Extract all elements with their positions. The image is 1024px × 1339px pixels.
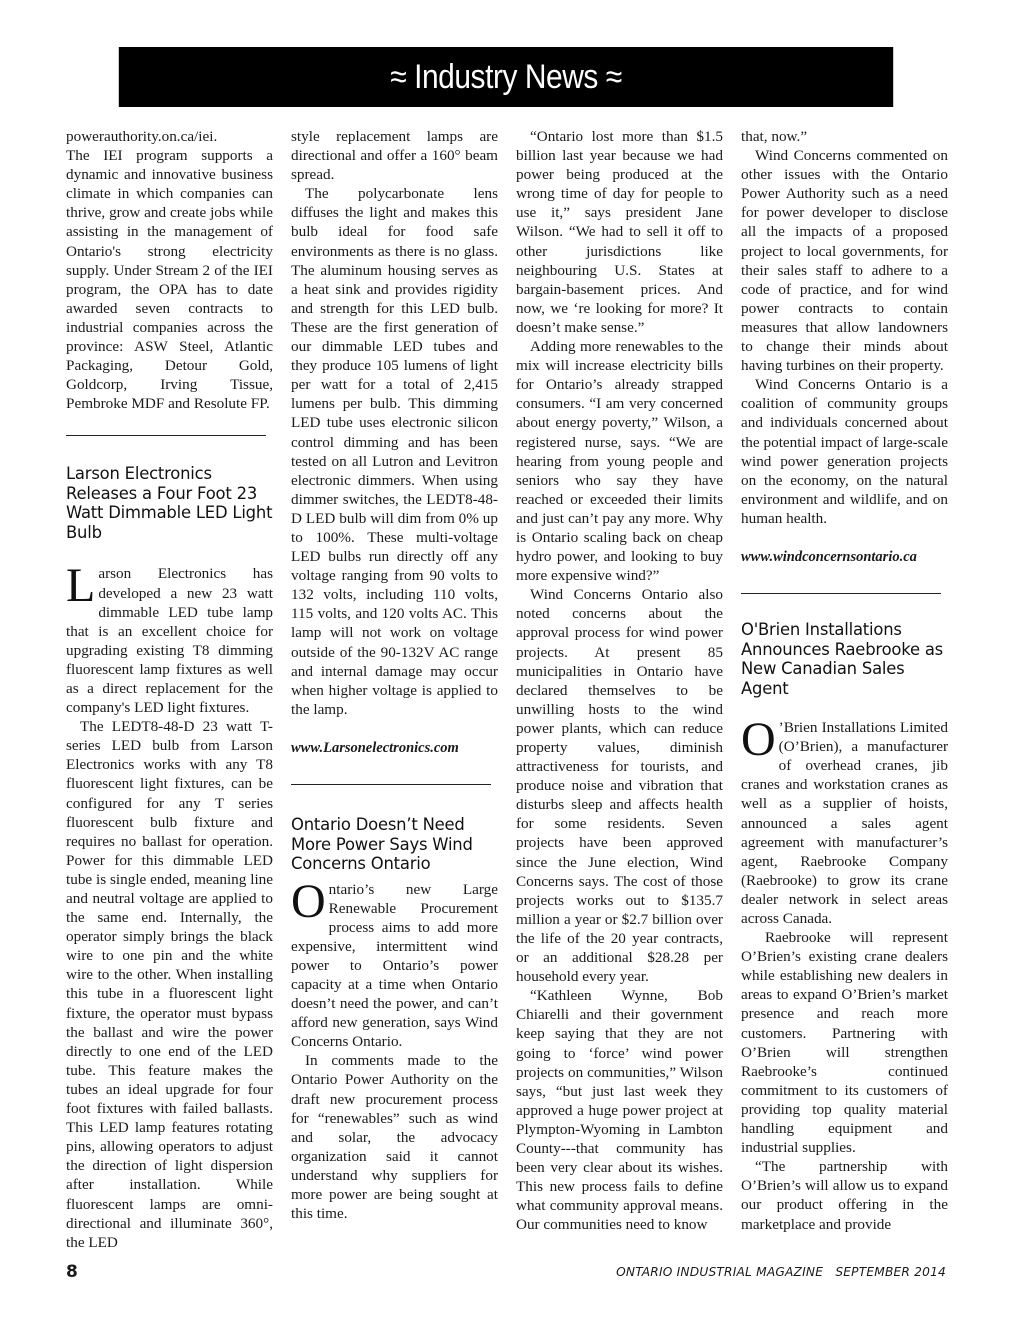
wind-headline: Ontario Doesn’t Need More Power Says Win… xyxy=(291,815,498,874)
continued-url-text: powerauthority.on.ca/iei. xyxy=(66,127,273,146)
wind-website-link[interactable]: www.windconcernsontario.ca xyxy=(741,548,948,567)
larson-paragraph-1: Larson Electronics has developed a new 2… xyxy=(66,564,273,717)
wind-paragraph-6: “Kathleen Wynne, Bob Chiarelli and their… xyxy=(516,986,723,1234)
dropcap-o: O xyxy=(291,883,326,921)
larson-paragraph-2: The LEDT8-48-D 23 watt T-series LED bulb… xyxy=(66,717,273,1252)
wind-paragraph-3: “Ontario lost more than $1.5 billion las… xyxy=(516,127,723,337)
larson-headline: Larson Electronics Releases a Four Foot … xyxy=(66,464,273,542)
page-number: 8 xyxy=(66,1262,78,1282)
wind-paragraph-4: Adding more renewables to the mix will i… xyxy=(516,337,723,585)
dropcap-o: O xyxy=(741,721,776,759)
larson-website-link[interactable]: www.Larsonelectronics.com xyxy=(291,739,498,758)
wind-paragraph-8: Wind Concerns Ontario is a coalition of … xyxy=(741,375,948,528)
obrien-headline: O'Brien Installations Announces Raebrook… xyxy=(741,620,948,698)
column-4: that, now.” Wind Concerns commented on o… xyxy=(741,127,948,1234)
wind-paragraph-6-cont: that, now.” xyxy=(741,127,948,146)
column-2: style replacement lamps are directional … xyxy=(291,127,498,1223)
footer-magazine-title: ONTARIO INDUSTRIAL MAGAZINE SEPTEMBER 20… xyxy=(616,1265,946,1279)
iei-paragraph: The IEI program supports a dynamic and i… xyxy=(66,146,273,413)
column-1: powerauthority.on.ca/iei. The IEI progra… xyxy=(66,127,273,1252)
section-title: ≈ Industry News ≈ xyxy=(390,58,622,97)
dropcap-l: L xyxy=(66,567,95,605)
wind-paragraph-7: Wind Concerns commented on other issues … xyxy=(741,146,948,375)
larson-paragraph-2-cont: style replacement lamps are directional … xyxy=(291,127,498,184)
column-3: “Ontario lost more than $1.5 billion las… xyxy=(516,127,723,1234)
wind-paragraph-1: Ontario’s new Large Renewable Procuremen… xyxy=(291,880,498,1052)
obrien-paragraph-3: “The partnership with O’Brien’s will all… xyxy=(741,1157,948,1233)
obrien-paragraph-2: Raebrooke will represent O’Brien’s exist… xyxy=(741,928,948,1157)
wind-paragraph-5: Wind Concerns Ontario also noted concern… xyxy=(516,585,723,986)
obrien-paragraph-1: O’Brien Installations Limited (O’Brien),… xyxy=(741,718,948,928)
larson-paragraph-3: The polycarbonate lens diffuses the ligh… xyxy=(291,184,498,719)
wind-paragraph-2: In comments made to the Ontario Power Au… xyxy=(291,1051,498,1223)
section-banner: ≈ Industry News ≈ xyxy=(119,47,893,107)
